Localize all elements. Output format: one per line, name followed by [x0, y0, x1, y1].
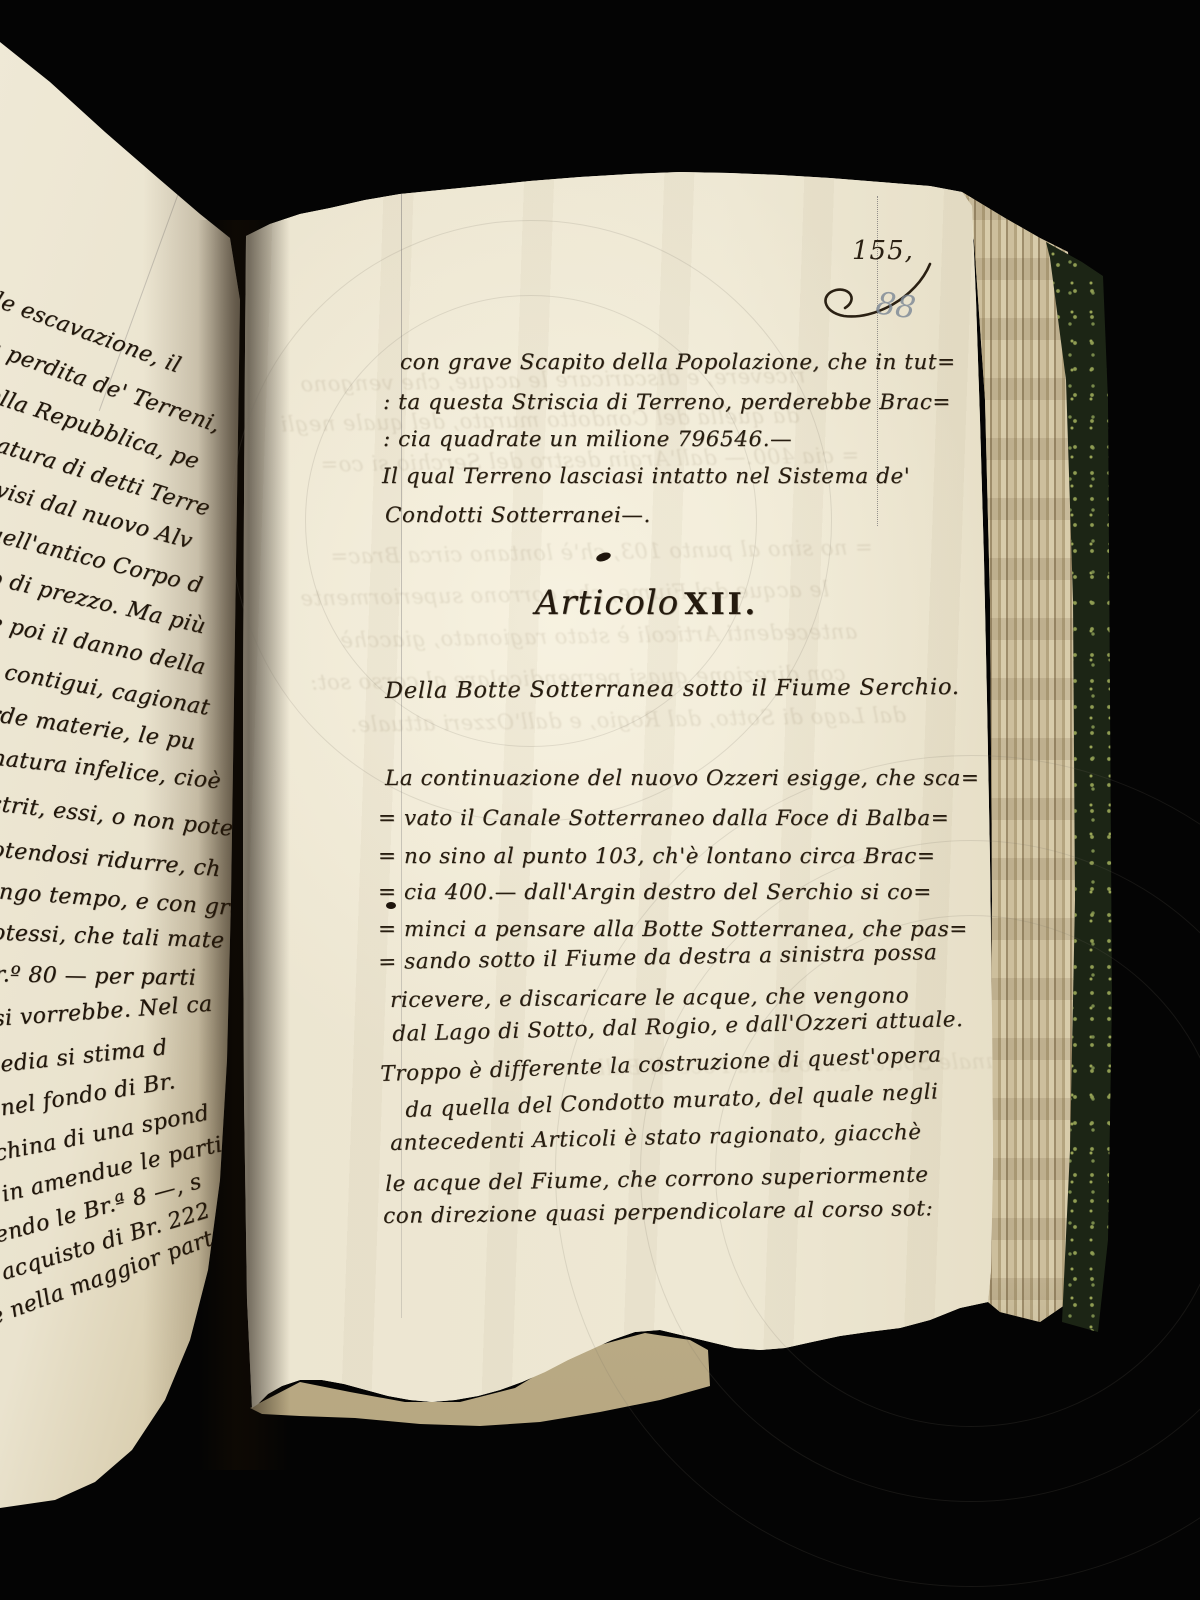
- margin-line: [99, 129, 203, 411]
- ink-blot: [386, 902, 396, 909]
- manuscript-photo: tale escavazione, il lla perdita de' Ter…: [0, 0, 1200, 1600]
- watermark-ring: [305, 295, 757, 747]
- archival-pencil-number: 88: [874, 285, 918, 326]
